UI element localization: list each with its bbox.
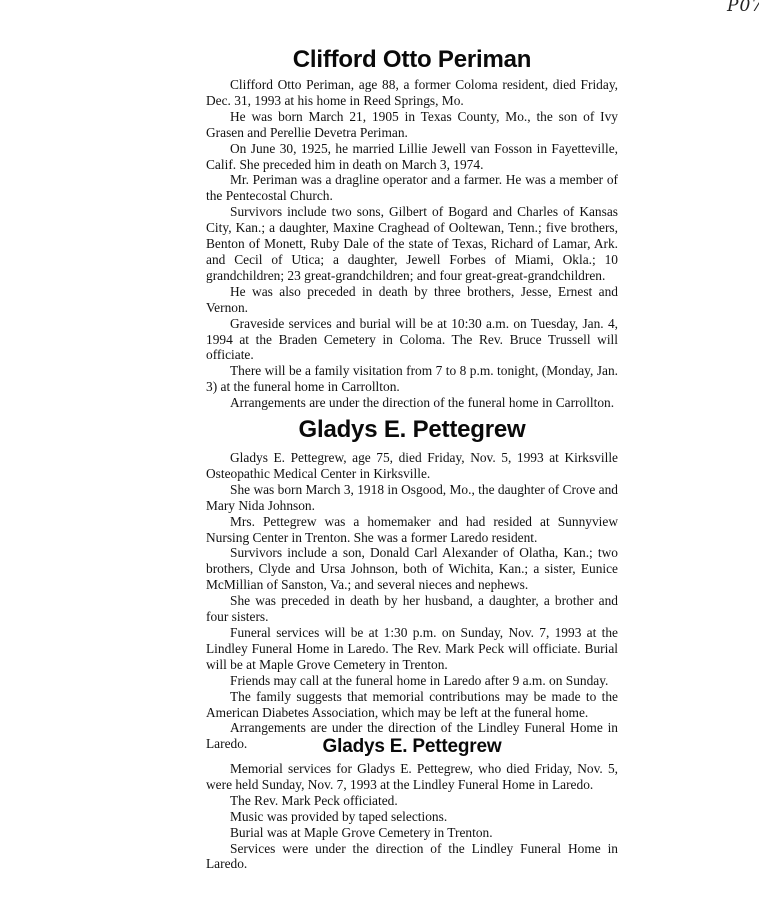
obituary-body: Clifford Otto Periman, age 88, a former … xyxy=(206,77,618,411)
paragraph: Mr. Periman was a dragline operator and … xyxy=(206,172,618,204)
obituary-gladys-pettegrew: Gladys E. Pettegrew Gladys E. Pettegrew,… xyxy=(206,416,618,752)
paragraph: Gladys E. Pettegrew, age 75, died Friday… xyxy=(206,450,618,482)
paragraph: On June 30, 1925, he married Lillie Jewe… xyxy=(206,141,618,173)
obituary-title: Gladys E. Pettegrew xyxy=(206,736,618,758)
paragraph: She was preceded in death by her husband… xyxy=(206,593,618,625)
paragraph: She was born March 3, 1918 in Osgood, Mo… xyxy=(206,482,618,514)
paragraph: The family suggests that memorial contri… xyxy=(206,689,618,721)
obituary-body: Memorial services for Gladys E. Pettegre… xyxy=(206,761,618,872)
paragraph: He was also preceded in death by three b… xyxy=(206,284,618,316)
obituary-clifford-periman: Clifford Otto Periman Clifford Otto Peri… xyxy=(206,46,618,411)
paragraph: Burial was at Maple Grove Cemetery in Tr… xyxy=(206,825,618,841)
paragraph: Arrangements are under the direction of … xyxy=(206,395,618,411)
paragraph: Mrs. Pettegrew was a homemaker and had r… xyxy=(206,514,618,546)
obituary-title: Clifford Otto Periman xyxy=(206,46,618,74)
obituary-body: Gladys E. Pettegrew, age 75, died Friday… xyxy=(206,450,618,752)
paragraph: He was born March 21, 1905 in Texas Coun… xyxy=(206,109,618,141)
paragraph: Services were under the direction of the… xyxy=(206,841,618,873)
memorial-notice-gladys-pettegrew: Gladys E. Pettegrew Memorial services fo… xyxy=(206,736,618,872)
paragraph: Survivors include a son, Donald Carl Ale… xyxy=(206,545,618,593)
paragraph: Memorial services for Gladys E. Pettegre… xyxy=(206,761,618,793)
paragraph: Friends may call at the funeral home in … xyxy=(206,673,618,689)
paragraph: Clifford Otto Periman, age 88, a former … xyxy=(206,77,618,109)
paragraph: Survivors include two sons, Gilbert of B… xyxy=(206,204,618,284)
paragraph: Funeral services will be at 1:30 p.m. on… xyxy=(206,625,618,673)
obituary-title: Gladys E. Pettegrew xyxy=(206,416,618,444)
paragraph: Graveside services and burial will be at… xyxy=(206,316,618,364)
handwritten-page-mark: P07 xyxy=(727,0,759,16)
paragraph: There will be a family visitation from 7… xyxy=(206,363,618,395)
paragraph: Music was provided by taped selections. xyxy=(206,809,618,825)
paragraph: The Rev. Mark Peck officiated. xyxy=(206,793,618,809)
